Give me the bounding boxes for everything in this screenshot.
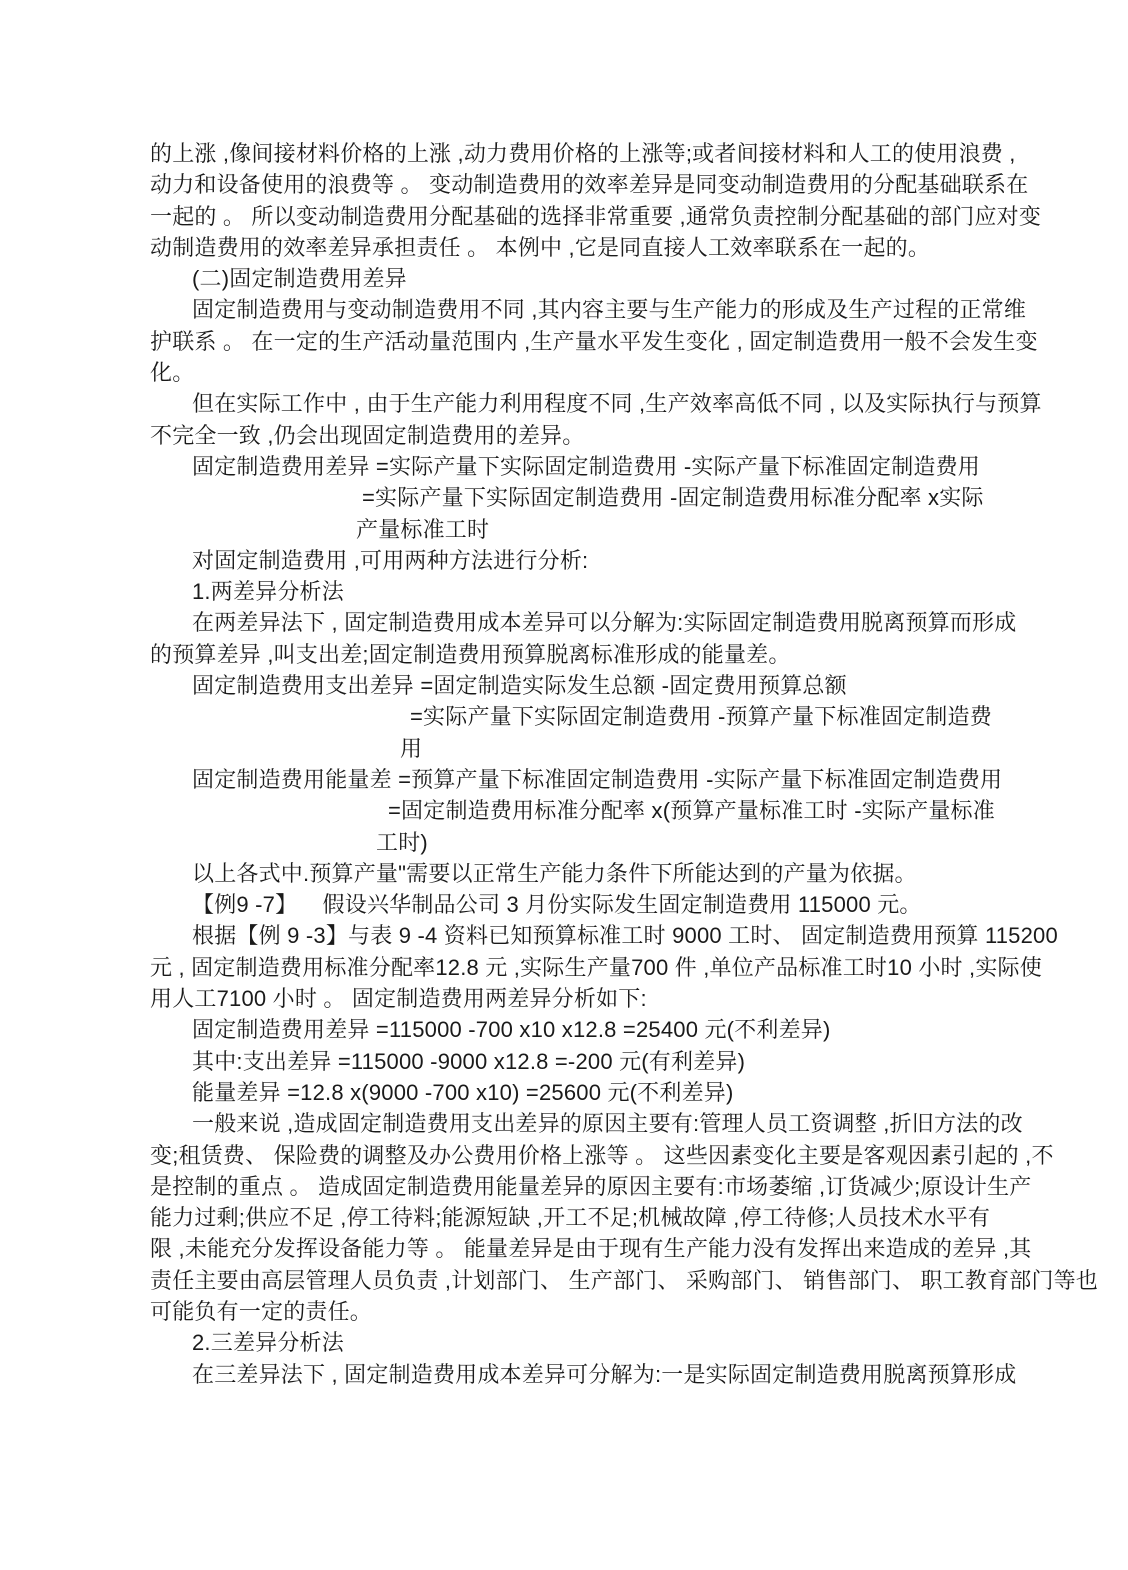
formula-continuation-line: 工时) xyxy=(150,827,988,858)
doc-line: 护联系 。 在一定的生产活动量范围内 ,生产量水平发生变化 , 固定制造费用一般… xyxy=(150,326,988,357)
doc-line: 在三差异法下 , 固定制造费用成本差异可分解为:一是实际固定制造费用脱离预算形成 xyxy=(150,1359,988,1390)
doc-line: 的预算差异 ,叫支出差;固定制造费用预算脱离标准形成的能量差。 xyxy=(150,639,988,670)
doc-line: 固定制造费用与变动制造费用不同 ,其内容主要与生产能力的形成及生产过程的正常维 xyxy=(150,294,988,325)
doc-line: 对固定制造费用 ,可用两种方法进行分析: xyxy=(150,545,988,576)
formula-volume-variance-line: 固定制造费用能量差 =预算产量下标准固定制造费用 -实际产量下标准固定制造费用 xyxy=(150,764,988,795)
calc-spending-variance-line: 其中:支出差异 =115000 -9000 x12.8 =-200 元(有利差异… xyxy=(150,1046,988,1077)
formula-spending-variance-line: 固定制造费用支出差异 =固定制造实际发生总额 -固定费用预算总额 xyxy=(150,670,988,701)
method-heading-two-variance: 1.两差异分析法 xyxy=(150,576,988,607)
formula-continuation-line: 产量标准工时 xyxy=(150,514,988,545)
doc-line: 一起的 。 所以变动制造费用分配基础的选择非常重要 ,通常负责控制分配基础的部门… xyxy=(150,201,988,232)
document-page: 的上涨 ,像间接材料价格的上涨 ,动力费用价格的上涨等;或者间接材料和人工的使用… xyxy=(0,0,1128,1570)
doc-line: 用人工7100 小时 。 固定制造费用两差异分析如下: xyxy=(150,983,988,1014)
formula-continuation-line: =实际产量下实际固定制造费用 -固定制造费用标准分配率 x实际 xyxy=(150,482,988,513)
doc-line: 不完全一致 ,仍会出现固定制造费用的差异。 xyxy=(150,420,988,451)
doc-line: 一般来说 ,造成固定制造费用支出差异的原因主要有:管理人员工资调整 ,折旧方法的… xyxy=(150,1108,988,1139)
formula-continuation-line: =实际产量下实际固定制造费用 -预算产量下标准固定制造费 xyxy=(150,701,988,732)
doc-line: 根据【例 9 -3】与表 9 -4 资料已知预算标准工时 9000 工时、 固定… xyxy=(150,920,988,951)
doc-line: 动力和设备使用的浪费等 。 变动制造费用的效率差异是同变动制造费用的分配基础联系… xyxy=(150,169,988,200)
doc-line: 变;租赁费、 保险费的调整及办公费用价格上涨等 。 这些因素变化主要是客观因素引… xyxy=(150,1140,988,1171)
doc-line: 动制造费用的效率差异承担责任 。 本例中 ,它是同直接人工效率联系在一起的。 xyxy=(150,232,988,263)
formula-continuation-line: =固定制造费用标准分配率 x(预算产量标准工时 -实际产量标准 xyxy=(150,795,988,826)
doc-line: 责任主要由高层管理人员负责 ,计划部门、 生产部门、 采购部门、 销售部门、 职… xyxy=(150,1265,988,1296)
doc-line: 能力过剩;供应不足 ,停工待料;能源短缺 ,开工不足;机械故障 ,停工待修;人员… xyxy=(150,1202,988,1233)
doc-line: 是控制的重点 。 造成固定制造费用能量差异的原因主要有:市场萎缩 ,订货减少;原… xyxy=(150,1171,988,1202)
doc-line: 在两差异法下 , 固定制造费用成本差异可以分解为:实际固定制造费用脱离预算而形成 xyxy=(150,607,988,638)
doc-line: 化。 xyxy=(150,357,988,388)
calc-total-variance-line: 固定制造费用差异 =115000 -700 x10 x12.8 =25400 元… xyxy=(150,1014,988,1045)
doc-line: 但在实际工作中 , 由于生产能力利用程度不同 ,生产效率高低不同 , 以及实际执… xyxy=(150,388,988,419)
doc-line: 的上涨 ,像间接材料价格的上涨 ,动力费用价格的上涨等;或者间接材料和人工的使用… xyxy=(150,138,988,169)
example-9-7-line: 【例9 -7】 假设兴华制品公司 3 月份实际发生固定制造费用 115000 元… xyxy=(150,889,988,920)
calc-volume-variance-line: 能量差异 =12.8 x(9000 -700 x10) =25600 元(不利差… xyxy=(150,1077,988,1108)
section-heading-fixed-overhead-variance: (二)固定制造费用差异 xyxy=(150,263,988,294)
formula-continuation-line: 用 xyxy=(150,733,988,764)
doc-line: 限 ,未能充分发挥设备能力等 。 能量差异是由于现有生产能力没有发挥出来造成的差… xyxy=(150,1233,988,1264)
method-heading-three-variance: 2.三差异分析法 xyxy=(150,1327,988,1358)
doc-line: 以上各式中.预算产量"需要以正常生产能力条件下所能达到的产量为依据。 xyxy=(150,858,988,889)
formula-total-variance-line: 固定制造费用差异 =实际产量下实际固定制造费用 -实际产量下标准固定制造费用 xyxy=(150,451,988,482)
doc-line: 元 , 固定制造费用标准分配率12.8 元 ,实际生产量700 件 ,单位产品标… xyxy=(150,952,988,983)
doc-line: 可能负有一定的责任。 xyxy=(150,1296,988,1327)
